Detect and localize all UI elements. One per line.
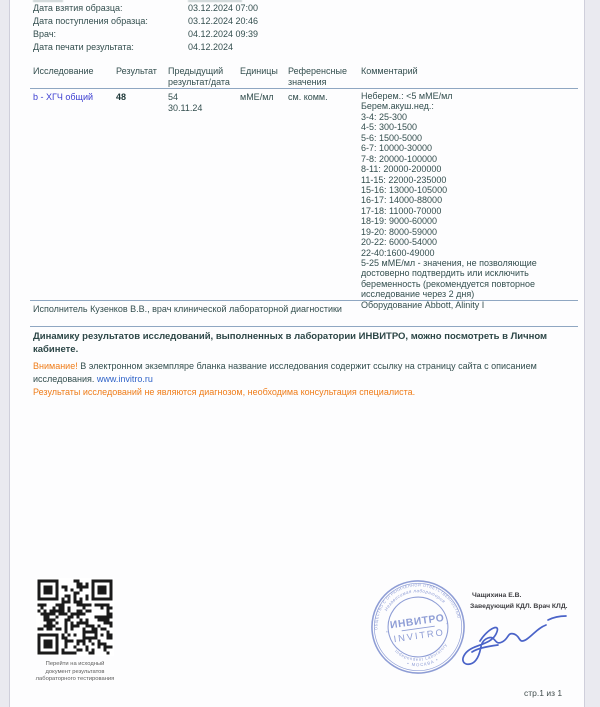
doctor-signature [450, 608, 575, 670]
reference-value: см. комм. [288, 92, 328, 102]
qr-caption: Перейти на исходныйдокумент результатовл… [24, 661, 126, 684]
comment-line: 5-25 мМЕ/мл - значения, не позволяющие [361, 258, 581, 268]
previous-result-value: 54 [168, 92, 178, 102]
units-value: мМЕ/мл [240, 92, 274, 102]
comment-line: 16-17: 14000-88000 [361, 195, 581, 205]
comment-line: 7-8: 20000-100000 [361, 154, 581, 164]
scan-edge-left [0, 0, 9, 707]
previous-result-date: 30.11.24 [168, 103, 202, 113]
value-sample-received: 03.12.2024 20:46 [188, 16, 258, 26]
stamp-star-right: * [446, 622, 449, 628]
label-sample-received: Дата поступления образца: [33, 16, 148, 26]
executor-line: Исполнитель Кузенков В.В., врач клиничес… [33, 304, 342, 314]
col-header-units: Единицы [240, 66, 286, 77]
scan-edge-left-line [9, 0, 10, 707]
qr-caption-line: документ результатов [24, 669, 126, 677]
col-header-comment: Комментарий [361, 66, 561, 77]
attention-note: Внимание! В электронном экземпляре бланк… [33, 360, 555, 386]
result-value: 48 [116, 92, 126, 102]
comment-line: 8-11: 20000-200000 [361, 164, 581, 174]
col-header-test: Исследование [33, 66, 111, 77]
lab-report-page: Дата взятия образца: 03.12.2024 07:00 Да… [0, 0, 600, 707]
doctor-name: Чащихина Е.В. [472, 592, 521, 599]
comment-line: Оборудование Abbott, Alinity I [361, 300, 581, 310]
comment-block: Неберем.: <5 мМЕ/млБерем.акуш.нед.:3-4: … [361, 91, 581, 310]
disclaimer-note: Результаты исследований не являются диаг… [33, 387, 415, 397]
col-header-result: Результат [116, 66, 166, 77]
comment-line: 5-6: 1500-5000 [361, 133, 581, 143]
page-number: стр.1 из 1 [524, 688, 562, 698]
comment-line: достоверно подтвердить или исключить [361, 268, 581, 278]
value-sample-taken: 03.12.2024 07:00 [188, 3, 258, 13]
cropped-text-remnant [33, 0, 63, 2]
dynamics-note: Динамику результатов исследований, выпол… [33, 331, 551, 356]
label-print-date: Дата печати результата: [33, 42, 134, 52]
comment-line: 11-15: 22000-235000 [361, 175, 581, 185]
value-print-date: 04.12.2024 [188, 42, 233, 52]
comment-line: Берем.акуш.нед.: [361, 101, 581, 111]
comment-line: 15-16: 13000-105000 [361, 185, 581, 195]
comment-line: 3-4: 25-300 [361, 112, 581, 122]
comment-line: исследование через 2 дня) [361, 289, 581, 299]
comment-line: 4-5: 300-1500 [361, 122, 581, 132]
rule-below-executor [30, 326, 578, 327]
comment-line: Неберем.: <5 мМЕ/мл [361, 91, 581, 101]
scan-edge-right [585, 0, 600, 707]
qr-caption-line: лабораторного тестирования [24, 676, 126, 684]
comment-line: 6-7: 10000-30000 [361, 143, 581, 153]
qr-code [36, 578, 114, 656]
cropped-text-remnant [188, 0, 242, 2]
label-sample-taken: Дата взятия образца: [33, 3, 123, 13]
label-doctor: Врач: [33, 29, 56, 39]
attention-label: Внимание! [33, 361, 78, 371]
col-header-previous: Предыдущий результат/дата [168, 66, 234, 87]
qr-caption-line: Перейти на исходный [24, 661, 126, 669]
comment-line: 22-40:1600-49000 [361, 248, 581, 258]
value-doctor: 04.12.2024 09:39 [188, 29, 258, 39]
table-header-rule [30, 88, 578, 89]
test-name-link[interactable]: b - ХГЧ общий [33, 92, 93, 102]
comment-line: 20-22: 6000-54000 [361, 237, 581, 247]
rule-above-executor [30, 300, 578, 301]
comment-line: 17-18: 11000-70000 [361, 206, 581, 216]
invitro-link[interactable]: www.invitro.ru [97, 374, 153, 384]
comment-line: беременность (рекомендуется повторное [361, 279, 581, 289]
comment-line: 18-19: 9000-60000 [361, 216, 581, 226]
scan-edge-right-line [584, 0, 585, 707]
col-header-reference: Референсные значения [288, 66, 358, 87]
comment-line: 19-20: 8000-59000 [361, 227, 581, 237]
